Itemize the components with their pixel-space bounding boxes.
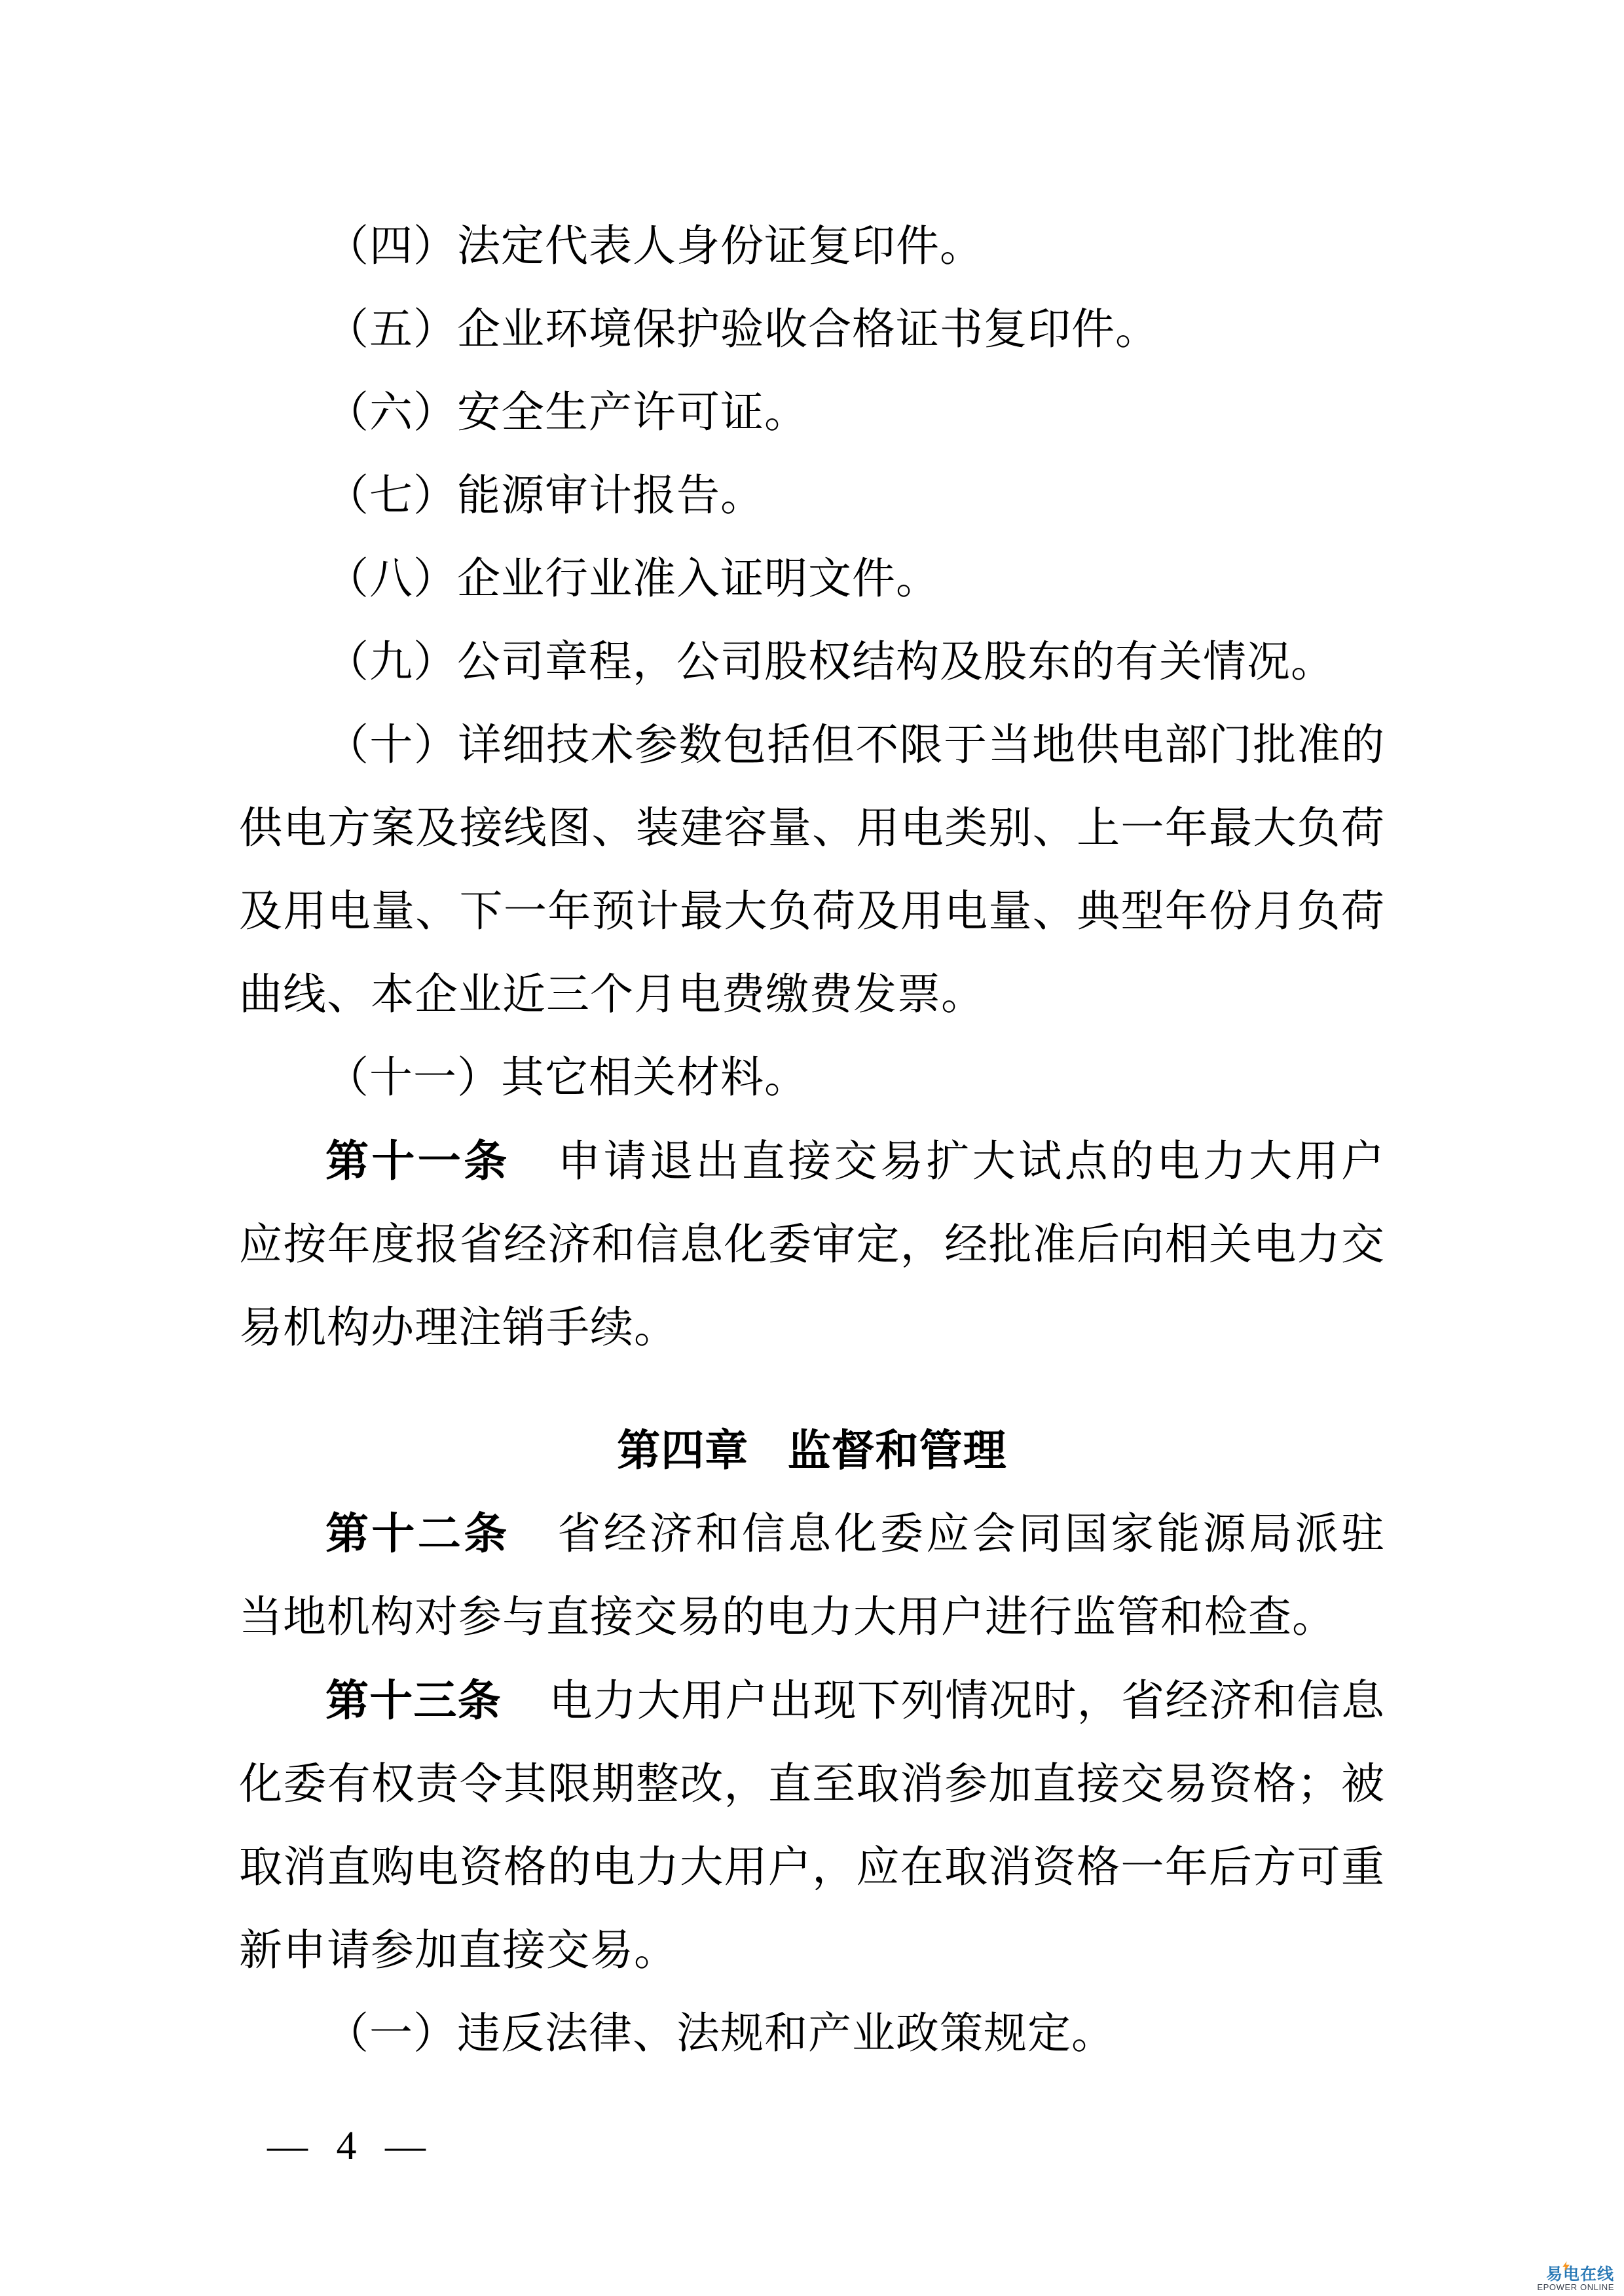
- article-11-number: 第十一条: [325, 1137, 510, 1185]
- article-13-line-2: 化委有权责令其限期整改，直至取消参加直接交易资格；被: [239, 1743, 1385, 1826]
- list-item-8: （八）企业行业准入证明文件。: [239, 538, 1385, 621]
- article-13-number: 第十三条: [325, 1676, 502, 1724]
- list-item-11: （十一）其它相关材料。: [239, 1036, 1385, 1120]
- list-item-10-line-4: 曲线、本企业近三个月电费缴费发票。: [239, 953, 1385, 1036]
- chapter-4-heading: 第四章监督和管理: [239, 1409, 1385, 1492]
- article-13-line-4: 新申请参加直接交易。: [239, 1909, 1385, 1992]
- article-12-number: 第十二条: [325, 1509, 510, 1558]
- article-12-line-2: 当地机构对参与直接交易的电力大用户进行监管和检查。: [239, 1576, 1385, 1659]
- article-11-text: 申请退出直接交易扩大试点的电力大用户: [557, 1138, 1385, 1186]
- list-item-10-line-3: 及用电量、下一年预计最大负荷及用电量、典型年份月负荷: [239, 870, 1385, 953]
- logo-english-text: EPOWER ONLINE: [1537, 2283, 1614, 2292]
- page-number: — 4 —: [267, 2123, 435, 2170]
- article-13-text: 电力大用户出现下列情况时，省经济和信息: [549, 1677, 1385, 1725]
- article-13-line-3: 取消直购电资格的电力大用户，应在取消资格一年后方可重: [239, 1826, 1385, 1909]
- logo-cn-label: 易电在线: [1546, 2265, 1614, 2284]
- list-item-1: （一）违反法律、法规和产业政策规定。: [239, 1992, 1385, 2075]
- list-item-6: （六）安全生产许可证。: [239, 371, 1385, 454]
- epower-online-logo: 易电在线 EPOWER ONLINE: [1537, 2266, 1614, 2292]
- article-11-line-3: 易机构办理注销手续。: [239, 1286, 1385, 1370]
- logo-chinese-text: 易电在线: [1546, 2266, 1614, 2283]
- article-11-line-2: 应按年度报省经济和信息化委审定，经批准后向相关电力交: [239, 1203, 1385, 1286]
- list-item-4: （四）法定代表人身份证复印件。: [239, 205, 1385, 288]
- list-item-9: （九）公司章程，公司股权结构及股东的有关情况。: [239, 621, 1385, 704]
- list-item-10-line-2: 供电方案及接线图、装建容量、用电类别、上一年最大负荷: [239, 787, 1385, 870]
- article-13-line-1: 第十三条电力大用户出现下列情况时，省经济和信息: [239, 1659, 1385, 1743]
- article-12-text: 省经济和信息化委应会同国家能源局派驻: [557, 1510, 1385, 1558]
- list-item-5: （五）企业环境保护验收合格证书复印件。: [239, 288, 1385, 371]
- article-11-line-1: 第十一条申请退出直接交易扩大试点的电力大用户: [239, 1120, 1385, 1203]
- document-page: （四）法定代表人身份证复印件。 （五）企业环境保护验收合格证书复印件。 （六）安…: [0, 0, 1624, 2296]
- list-item-7: （七）能源审计报告。: [239, 454, 1385, 538]
- article-12-line-1: 第十二条省经济和信息化委应会同国家能源局派驻: [239, 1492, 1385, 1576]
- chapter-4-number: 第四章: [617, 1426, 748, 1474]
- chapter-4-title: 监督和管理: [788, 1426, 1007, 1474]
- lightning-icon: [1562, 2261, 1570, 2271]
- list-item-10-line-1: （十）详细技术参数包括但不限于当地供电部门批准的: [239, 704, 1385, 787]
- document-body: （四）法定代表人身份证复印件。 （五）企业环境保护验收合格证书复印件。 （六）安…: [239, 205, 1385, 2075]
